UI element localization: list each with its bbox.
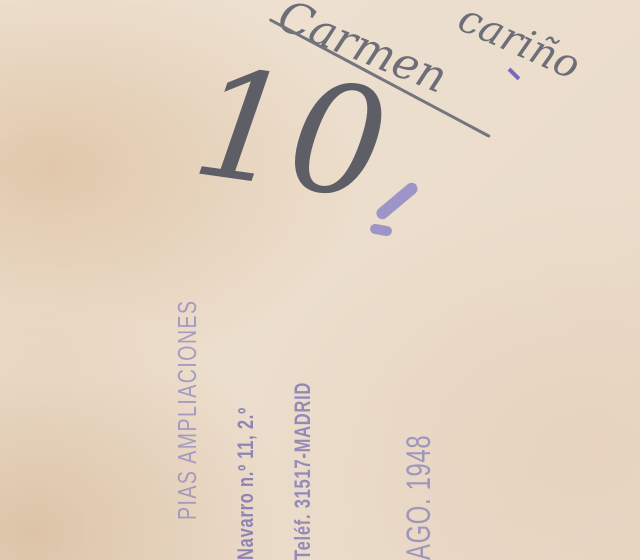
studio-stamp-line-3: Teléf. 31517-MADRID [290, 382, 316, 560]
date-stamp: AGO. 1948 [400, 435, 439, 560]
studio-stamp-line-1: PIAS AMPLIACIONES [172, 299, 203, 520]
studio-stamp-line-2: Navarro n.º 11, 2.º [233, 407, 259, 560]
